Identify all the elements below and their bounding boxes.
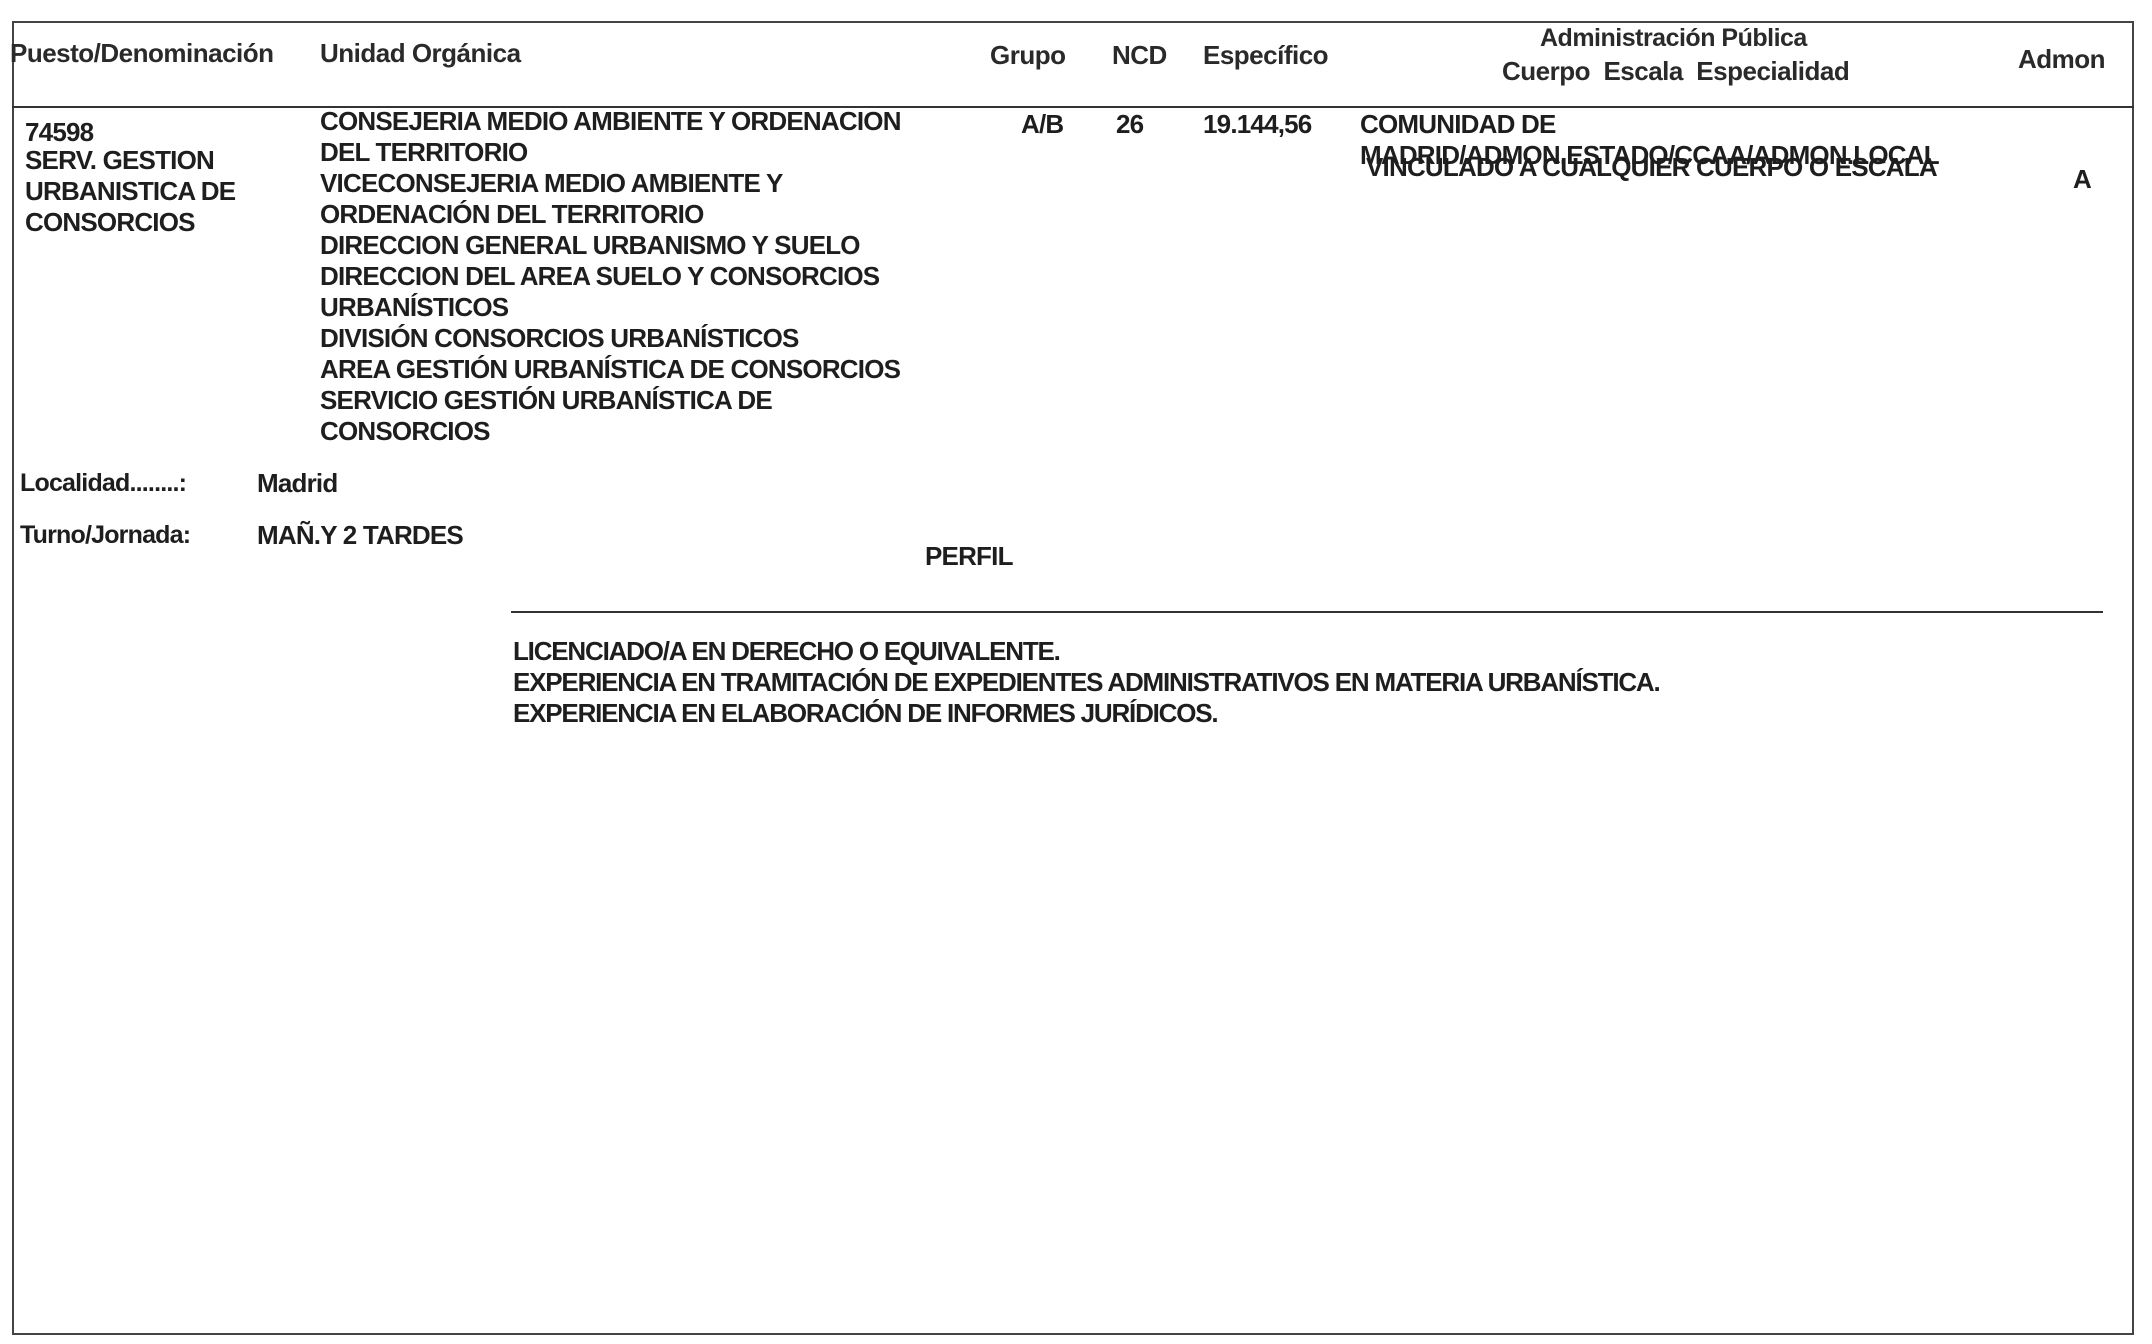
localidad-value: Madrid	[257, 468, 337, 499]
header-admon: Admon	[2018, 44, 2105, 75]
header-puesto: Puesto/Denominación	[10, 38, 274, 69]
requirement-item: EXPERIENCIA EN ELABORACIÓN DE INFORMES J…	[513, 698, 1660, 729]
unidad-line: CONSEJERIA MEDIO AMBIENTE Y ORDENACION	[320, 106, 901, 137]
ncd-value: 26	[1116, 109, 1143, 140]
unidad-line: DEL TERRITORIO	[320, 137, 901, 168]
perfil-title: PERFIL	[925, 541, 1013, 572]
header-especifico: Específico	[1203, 40, 1328, 71]
unidad-line: ORDENACIÓN DEL TERRITORIO	[320, 199, 901, 230]
unidad-line: AREA GESTIÓN URBANÍSTICA DE CONSORCIOS	[320, 354, 901, 385]
requirement-item: LICENCIADO/A EN DERECHO O EQUIVALENTE.	[513, 636, 1660, 667]
requirement-item: EXPERIENCIA EN TRAMITACIÓN DE EXPEDIENTE…	[513, 667, 1660, 698]
header-admin-publica: Administración Pública	[1540, 24, 1807, 53]
localidad-label: Localidad........:	[20, 468, 186, 499]
admin-publica-line: COMUNIDAD DE	[1360, 109, 1556, 140]
admon-value: A	[2073, 164, 2091, 195]
perfil-requirements: LICENCIADO/A EN DERECHO O EQUIVALENTE. E…	[513, 636, 1660, 729]
turno-value: MAÑ.Y 2 TARDES	[257, 520, 463, 551]
header-ncd: NCD	[1112, 40, 1167, 71]
turno-label: Turno/Jornada:	[20, 520, 190, 551]
unidad-line: DIRECCION GENERAL URBANISMO Y SUELO	[320, 230, 901, 261]
unidad-line: DIRECCION DEL AREA SUELO Y CONSORCIOS	[320, 261, 901, 292]
puesto-code: 74598	[25, 117, 235, 148]
cuerpo-escala-value: VINCULADO A CUALQUIER CUERPO O ESCALA	[1366, 152, 1937, 183]
header-cuerpo-escala: Cuerpo Escala Especialidad	[1502, 56, 1849, 87]
unidad-line: URBANÍSTICOS	[320, 292, 901, 323]
admin-publica-cell: COMUNIDAD DE MADRID/ADMON.ESTADO/CCAA/AD…	[1360, 109, 1556, 180]
especifico-value: 19.144,56	[1203, 109, 1311, 140]
puesto-line: CONSORCIOS	[25, 207, 235, 238]
puesto-cell: 74598 SERV. GESTION URBANISTICA DE CONSO…	[25, 117, 235, 238]
puesto-line: SERV. GESTION	[25, 145, 235, 176]
puesto-line: URBANISTICA DE	[25, 176, 235, 207]
unidad-line: VICECONSEJERIA MEDIO AMBIENTE Y	[320, 168, 901, 199]
unidad-line: CONSORCIOS	[320, 416, 901, 447]
unidad-cell: CONSEJERIA MEDIO AMBIENTE Y ORDENACION D…	[320, 106, 901, 447]
unidad-line: SERVICIO GESTIÓN URBANÍSTICA DE	[320, 385, 901, 416]
grupo-value: A/B	[1021, 109, 1063, 140]
perfil-divider	[511, 611, 2103, 613]
header-grupo: Grupo	[990, 40, 1066, 71]
unidad-line: DIVISIÓN CONSORCIOS URBANÍSTICOS	[320, 323, 901, 354]
header-unidad: Unidad Orgánica	[320, 38, 521, 69]
